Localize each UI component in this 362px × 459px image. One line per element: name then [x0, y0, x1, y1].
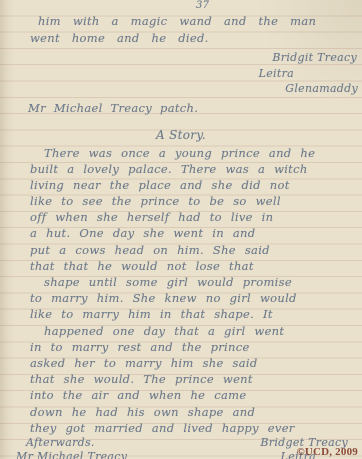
story-line: off when she herself had to live in — [30, 209, 350, 225]
story-line: put a cows head on him. She said — [30, 242, 350, 258]
story-line: like to marry him in that shape. It — [30, 306, 350, 322]
story-line: that she would. The prince went — [30, 371, 350, 387]
story-line: asked her to marry him she said — [30, 355, 350, 371]
manuscript-page: 37 him with a magic wand and the man wen… — [0, 0, 362, 459]
ucd-copyright-watermark: ©UCD, 2009 — [296, 446, 358, 458]
story-body: There was once a young prince and he bui… — [30, 145, 350, 436]
signature-townland: Leitra — [0, 66, 362, 82]
story-closing: Afterwards. — [26, 436, 95, 450]
story-line: like to see the prince to be so well — [30, 193, 350, 209]
story-line: living near the place and she did not — [30, 177, 350, 193]
story-line: There was once a young prince and he — [30, 145, 350, 161]
informant-name: Mr Michael Treacy — [16, 450, 127, 459]
opening-line: him with a magic wand and the man — [30, 13, 352, 30]
informant-note: Mr Michael Treacy patch. — [28, 101, 362, 115]
story-line: into the air and when he came — [30, 387, 350, 403]
story-line: they got married and lived happy ever — [30, 420, 350, 436]
page-number: 37 — [196, 0, 209, 11]
story-line: happened one day that a girl went — [30, 323, 350, 339]
signature-name: Bridgit Treacy — [0, 50, 362, 66]
story-line: in to marry rest and the prince — [30, 339, 350, 355]
signature-town: Glenamaddy — [0, 81, 362, 97]
story-line: built a lovely palace. There was a witch — [30, 161, 350, 177]
opening-line: went home and he died. — [30, 30, 352, 47]
story-line: a hut. One day she went in and — [30, 225, 350, 241]
signature-block-top: Bridgit Treacy Leitra Glenamaddy — [0, 50, 362, 97]
story-line: that that he would not lose that — [30, 258, 350, 274]
story-line: shape until some girl would promise — [30, 274, 350, 290]
story-line: down he had his own shape and — [30, 404, 350, 420]
story-title: A Story. — [0, 128, 362, 142]
opening-paragraph: him with a magic wand and the man went h… — [30, 13, 352, 47]
story-line: to marry him. She knew no girl would — [30, 290, 350, 306]
